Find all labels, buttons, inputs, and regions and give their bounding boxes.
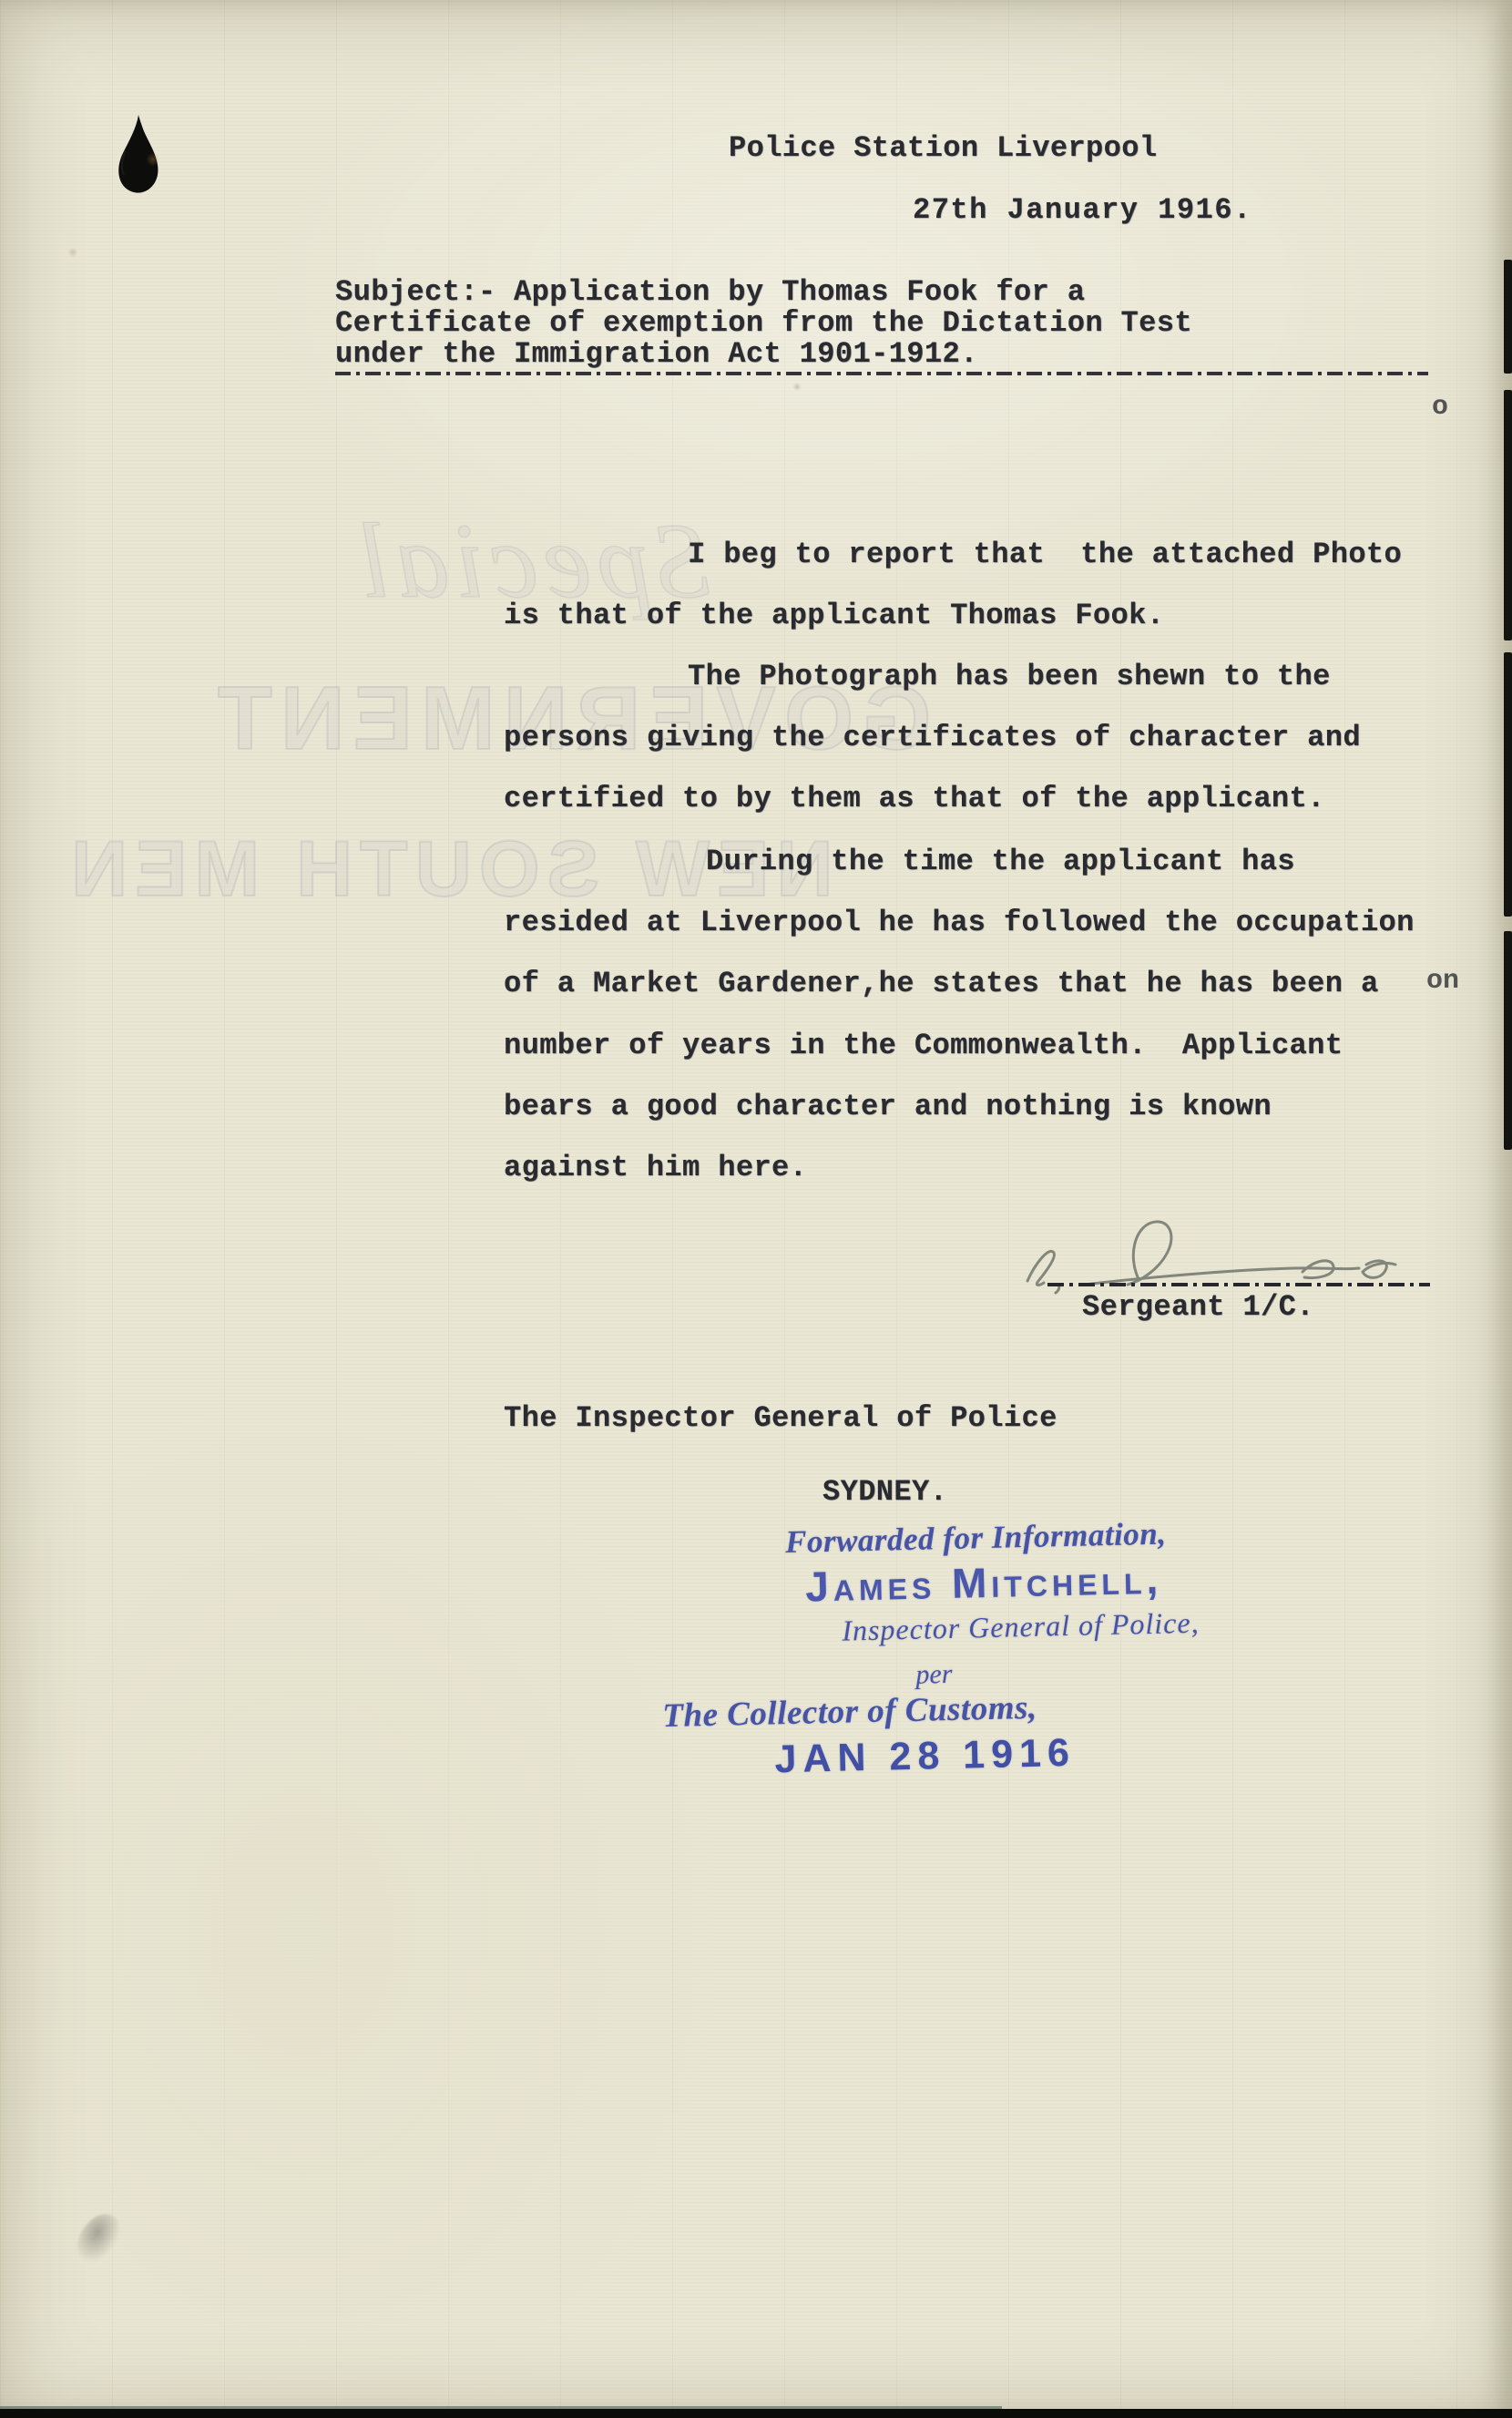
letter-date: 27th January 1916.	[913, 195, 1252, 226]
stamp-forwarded-line: Forwarded for Information,	[785, 1516, 1167, 1561]
letterhead-station: Police Station Liverpool	[729, 133, 1157, 164]
subject-underline-rule	[335, 372, 1428, 375]
signature-rule	[1047, 1283, 1430, 1286]
body-line: persons giving the certificates of chara…	[504, 722, 1361, 753]
body-line: During the time the applicant has	[706, 846, 1295, 877]
subject-line-1: Subject:- Application by Thomas Fook for…	[335, 277, 1085, 308]
forwarding-stamp: Forwarded for Information, James Mitchel…	[635, 1506, 1343, 1804]
body-line: number of years in the Commonwealth. App…	[504, 1030, 1343, 1061]
stamp-title: Inspector General of Police,	[842, 1606, 1200, 1648]
paper-stain	[792, 383, 802, 391]
body-line: is that of the applicant Thomas Fook.	[504, 600, 1164, 631]
body-line: bears a good character and nothing is kn…	[504, 1091, 1272, 1122]
scan-edge-mark	[1504, 260, 1512, 374]
pencil-smudge	[71, 2207, 127, 2269]
addressee-city: SYDNEY.	[822, 1477, 947, 1508]
body-line: of a Market Gardener,he states that he h…	[504, 968, 1379, 999]
stamp-per: per	[915, 1659, 953, 1691]
scan-bottom-edge	[0, 2409, 1512, 2418]
paper-tear-hole	[98, 109, 180, 210]
show-through-fragment: o	[1432, 392, 1448, 423]
stamp-via: The Collector of Customs,	[662, 1688, 1037, 1736]
body-line: The Photograph has been shewn to the	[688, 661, 1331, 692]
show-through-fragment: on	[1426, 966, 1459, 997]
addressee-line: The Inspector General of Police	[504, 1403, 1057, 1434]
body-line: certified to by them as that of the appl…	[504, 784, 1325, 815]
scan-edge-mark	[1504, 390, 1512, 640]
body-line: I beg to report that the attached Photo	[688, 539, 1402, 570]
paper-stain	[146, 153, 160, 166]
scanned-letter-page: Special GOVERNMENT NEW SOUTH MEN Police …	[0, 0, 1512, 2418]
body-line: resided at Liverpool he has followed the…	[504, 907, 1415, 938]
stamp-name: James Mitchell,	[805, 1554, 1163, 1612]
scan-edge-mark	[1504, 931, 1512, 1150]
body-line: against him here.	[504, 1153, 807, 1183]
paper-stain	[67, 248, 78, 257]
stamp-date: JAN 28 1916	[774, 1731, 1076, 1782]
scan-edge-mark	[1504, 652, 1512, 917]
subject-line-2: Certificate of exemption from the Dictat…	[335, 308, 1192, 339]
signature-role: Sergeant 1/C.	[1082, 1292, 1314, 1323]
subject-line-3: under the Immigration Act 1901-1912.	[335, 339, 978, 370]
